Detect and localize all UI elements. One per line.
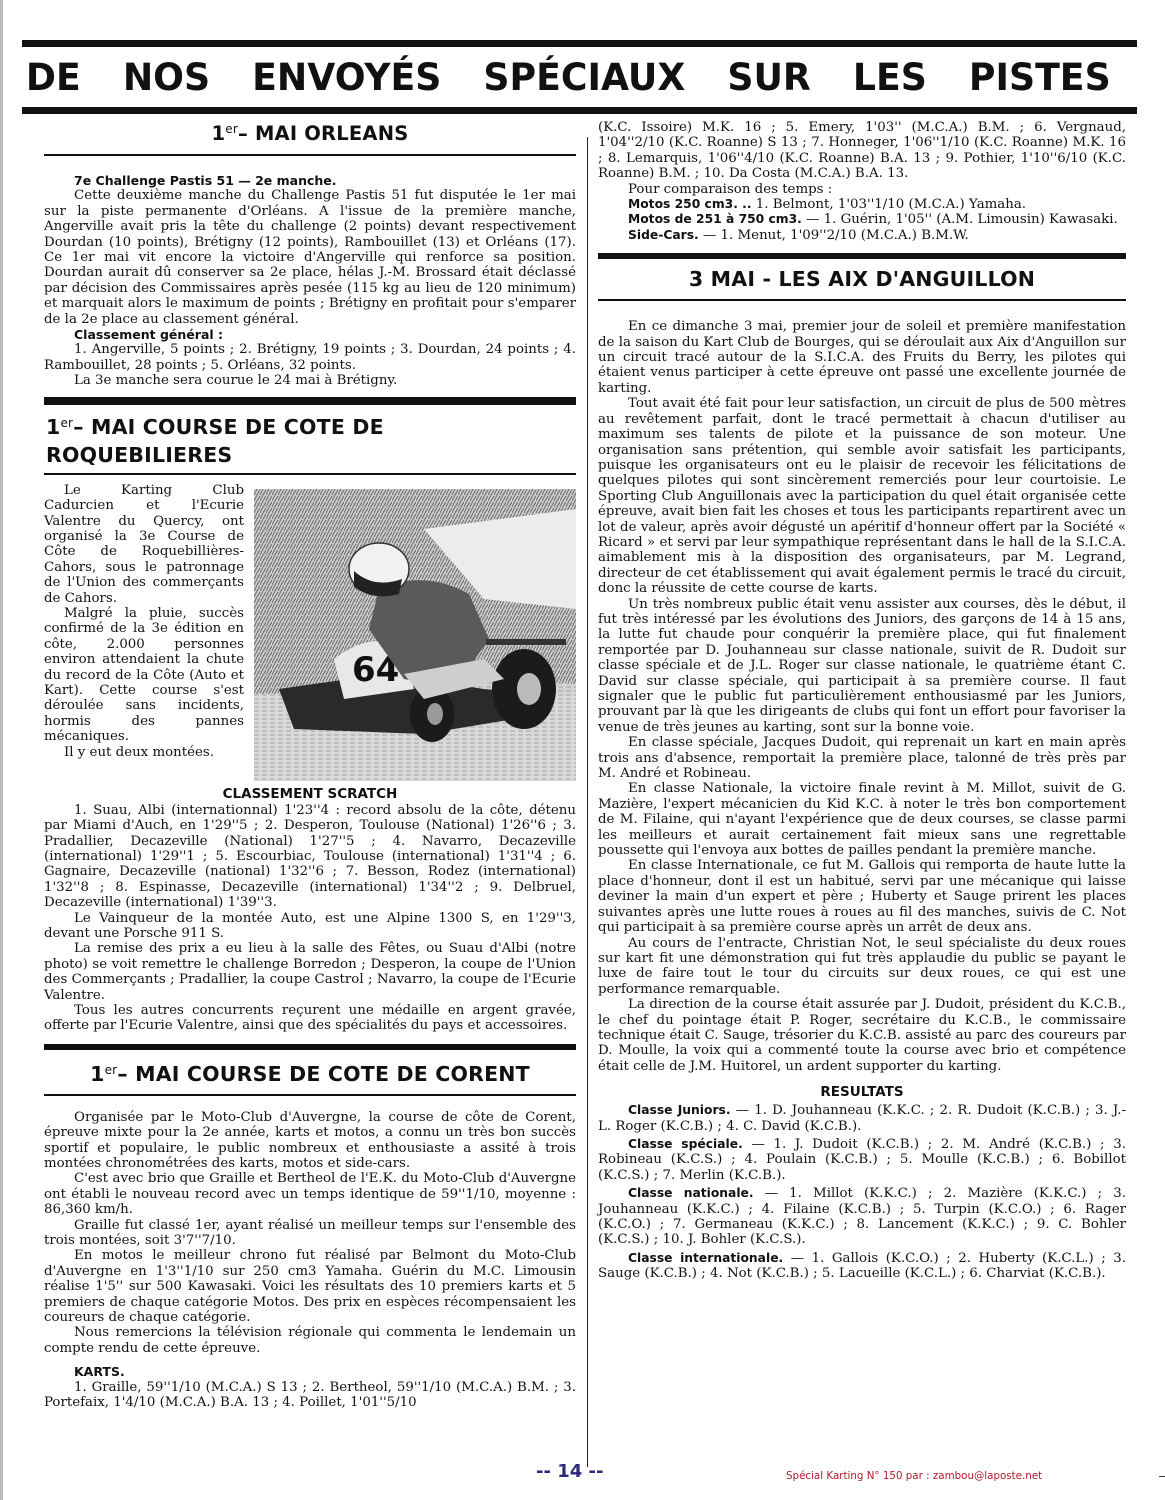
section-rule — [598, 299, 1126, 301]
title-word: SUR — [727, 55, 810, 101]
results-speciale: Classe spéciale. — 1. J. Dudoit (K.C.B.)… — [598, 1137, 1126, 1183]
side-cars: Side-Cars. — 1. Menut, 1'09''2/10 (M.C.A… — [598, 228, 1126, 243]
corent-p4: En motos le meilleur chrono fut réalisé … — [44, 1248, 576, 1325]
anguillon-p2: Tout avait été fait pour leur satisfacti… — [598, 396, 1126, 596]
scratch-heading: CLASSEMENT SCRATCH — [44, 786, 576, 803]
column-divider — [587, 137, 588, 1467]
orleans-body: Cette deuxième manche du Challenge Pasti… — [44, 188, 576, 327]
scratch-results: 1. Suau, Albi (internationnal) 1'23''4 :… — [44, 803, 576, 911]
title-word: PISTES — [969, 55, 1111, 101]
title-word: DE — [26, 55, 81, 101]
orleans-classement-label: Classement général : — [44, 327, 576, 342]
results-internationale: Classe internationale. — 1. Gallois (K.C… — [598, 1251, 1126, 1282]
article-anguillon: 3 MAI - LES AIX D'ANGUILLON En ce dimanc… — [598, 253, 1126, 1281]
article-corent: 1er– MAI COURSE DE COTE DE CORENT Organi… — [44, 1044, 576, 1411]
footer-mark — [1159, 1476, 1165, 1477]
anguillon-p4: En classe spéciale, Jacques Dudoit, qui … — [598, 735, 1126, 781]
article-roquebilieres: 1er– MAI COURSE DE COTE DE ROQUEBILIERES — [44, 397, 576, 1034]
section-top-rule — [44, 1044, 576, 1050]
header-top-rule — [22, 40, 1137, 47]
page-header: DE NOS ENVOYÉS SPÉCIAUX SUR LES PISTES — [22, 40, 1137, 114]
title-word: NOS — [123, 55, 210, 101]
article-orleans: 1er– MAI ORLEANS 7e Challenge Pastis 51 … — [44, 115, 576, 389]
motos-750: Motos de 251 à 750 cm3. — 1. Guérin, 1'0… — [598, 212, 1126, 227]
anguillon-p1: En ce dimanche 3 mai, premier jour de so… — [598, 319, 1126, 396]
auto-winner: Le Vainqueur de la montée Auto, est une … — [44, 911, 576, 942]
section-rule — [44, 473, 576, 475]
section-rule — [44, 154, 576, 156]
prize-giving: La remise des prix a eu lieu à la salle … — [44, 941, 576, 1003]
orleans-next-round: La 3e manche sera courue le 24 mai à Bré… — [44, 373, 576, 388]
right-column: (K.C. Issoire) M.K. 16 ; 5. Emery, 1'03'… — [598, 120, 1126, 1282]
section-heading-corent: 1er– MAI COURSE DE COTE DE CORENT — [44, 1056, 576, 1088]
section-heading-orleans: 1er– MAI ORLEANS — [44, 115, 576, 148]
page-edge — [0, 0, 3, 1500]
anguillon-p3: Un très nombreux public était venu assis… — [598, 597, 1126, 736]
corent-p1: Organisée par le Moto-Club d'Auvergne, l… — [44, 1110, 576, 1172]
anguillon-p5: En classe Nationale, la victoire finale … — [598, 781, 1126, 858]
karts-label: KARTS. — [44, 1364, 576, 1379]
orleans-subtitle: 7e Challenge Pastis 51 — 2e manche. — [44, 173, 576, 188]
corent-p3: Graille fut classé 1er, ayant réalisé un… — [44, 1218, 576, 1249]
title-word: ENVOYÉS — [252, 55, 441, 101]
results-juniors: Classe Juniors. — 1. D. Jouhanneau (K.K.… — [598, 1103, 1126, 1134]
motos-250: Motos 250 cm3. .. 1. Belmont, 1'03''1/10… — [598, 197, 1126, 212]
corent-p5: Nous remercions la télévision régionale … — [44, 1325, 576, 1356]
medals: Tous les autres concurrents reçurent une… — [44, 1003, 576, 1034]
left-column: 1er– MAI ORLEANS 7e Challenge Pastis 51 … — [44, 112, 576, 1411]
page-number: -- 14 -- — [536, 1461, 603, 1482]
anguillon-p8: La direction de la course était assurée … — [598, 997, 1126, 1074]
section-top-rule — [598, 253, 1126, 259]
footer-credit: Spécial Karting N° 150 par : zambou@lapo… — [786, 1470, 1042, 1482]
kart-photo: 64 — [254, 489, 576, 784]
page-title: DE NOS ENVOYÉS SPÉCIAUX SUR LES PISTES — [22, 47, 1115, 107]
kart-photo-image: 64 — [254, 489, 576, 781]
section-rule — [44, 1094, 576, 1096]
karts-results-left: 1. Graille, 59''1/10 (M.C.A.) S 13 ; 2. … — [44, 1380, 576, 1411]
title-word: LES — [853, 55, 927, 101]
section-heading-anguillon: 3 MAI - LES AIX D'ANGUILLON — [598, 265, 1126, 293]
article-corent-continued: (K.C. Issoire) M.K. 16 ; 5. Emery, 1'03'… — [598, 120, 1126, 243]
results-heading: RESULTATS — [598, 1084, 1126, 1101]
section-top-rule — [44, 397, 576, 405]
orleans-classement: 1. Angerville, 5 points ; 2. Brétigny, 1… — [44, 342, 576, 373]
title-word: SPÉCIAUX — [483, 55, 685, 101]
karts-results-right: (K.C. Issoire) M.K. 16 ; 5. Emery, 1'03'… — [598, 120, 1126, 182]
anguillon-p7: Au cours de l'entracte, Christian Not, l… — [598, 936, 1126, 998]
results-nationale: Classe nationale. — 1. Millot (K.K.C.) ;… — [598, 1186, 1126, 1248]
comparison-label: Pour comparaison des temps : — [598, 182, 1126, 197]
anguillon-p6: En classe Internationale, ce fut M. Gall… — [598, 858, 1126, 935]
section-heading-roquebilieres: 1er– MAI COURSE DE COTE DE ROQUEBILIERES — [44, 409, 576, 469]
corent-p2: C'est avec brio que Graille et Bertheol … — [44, 1171, 576, 1217]
